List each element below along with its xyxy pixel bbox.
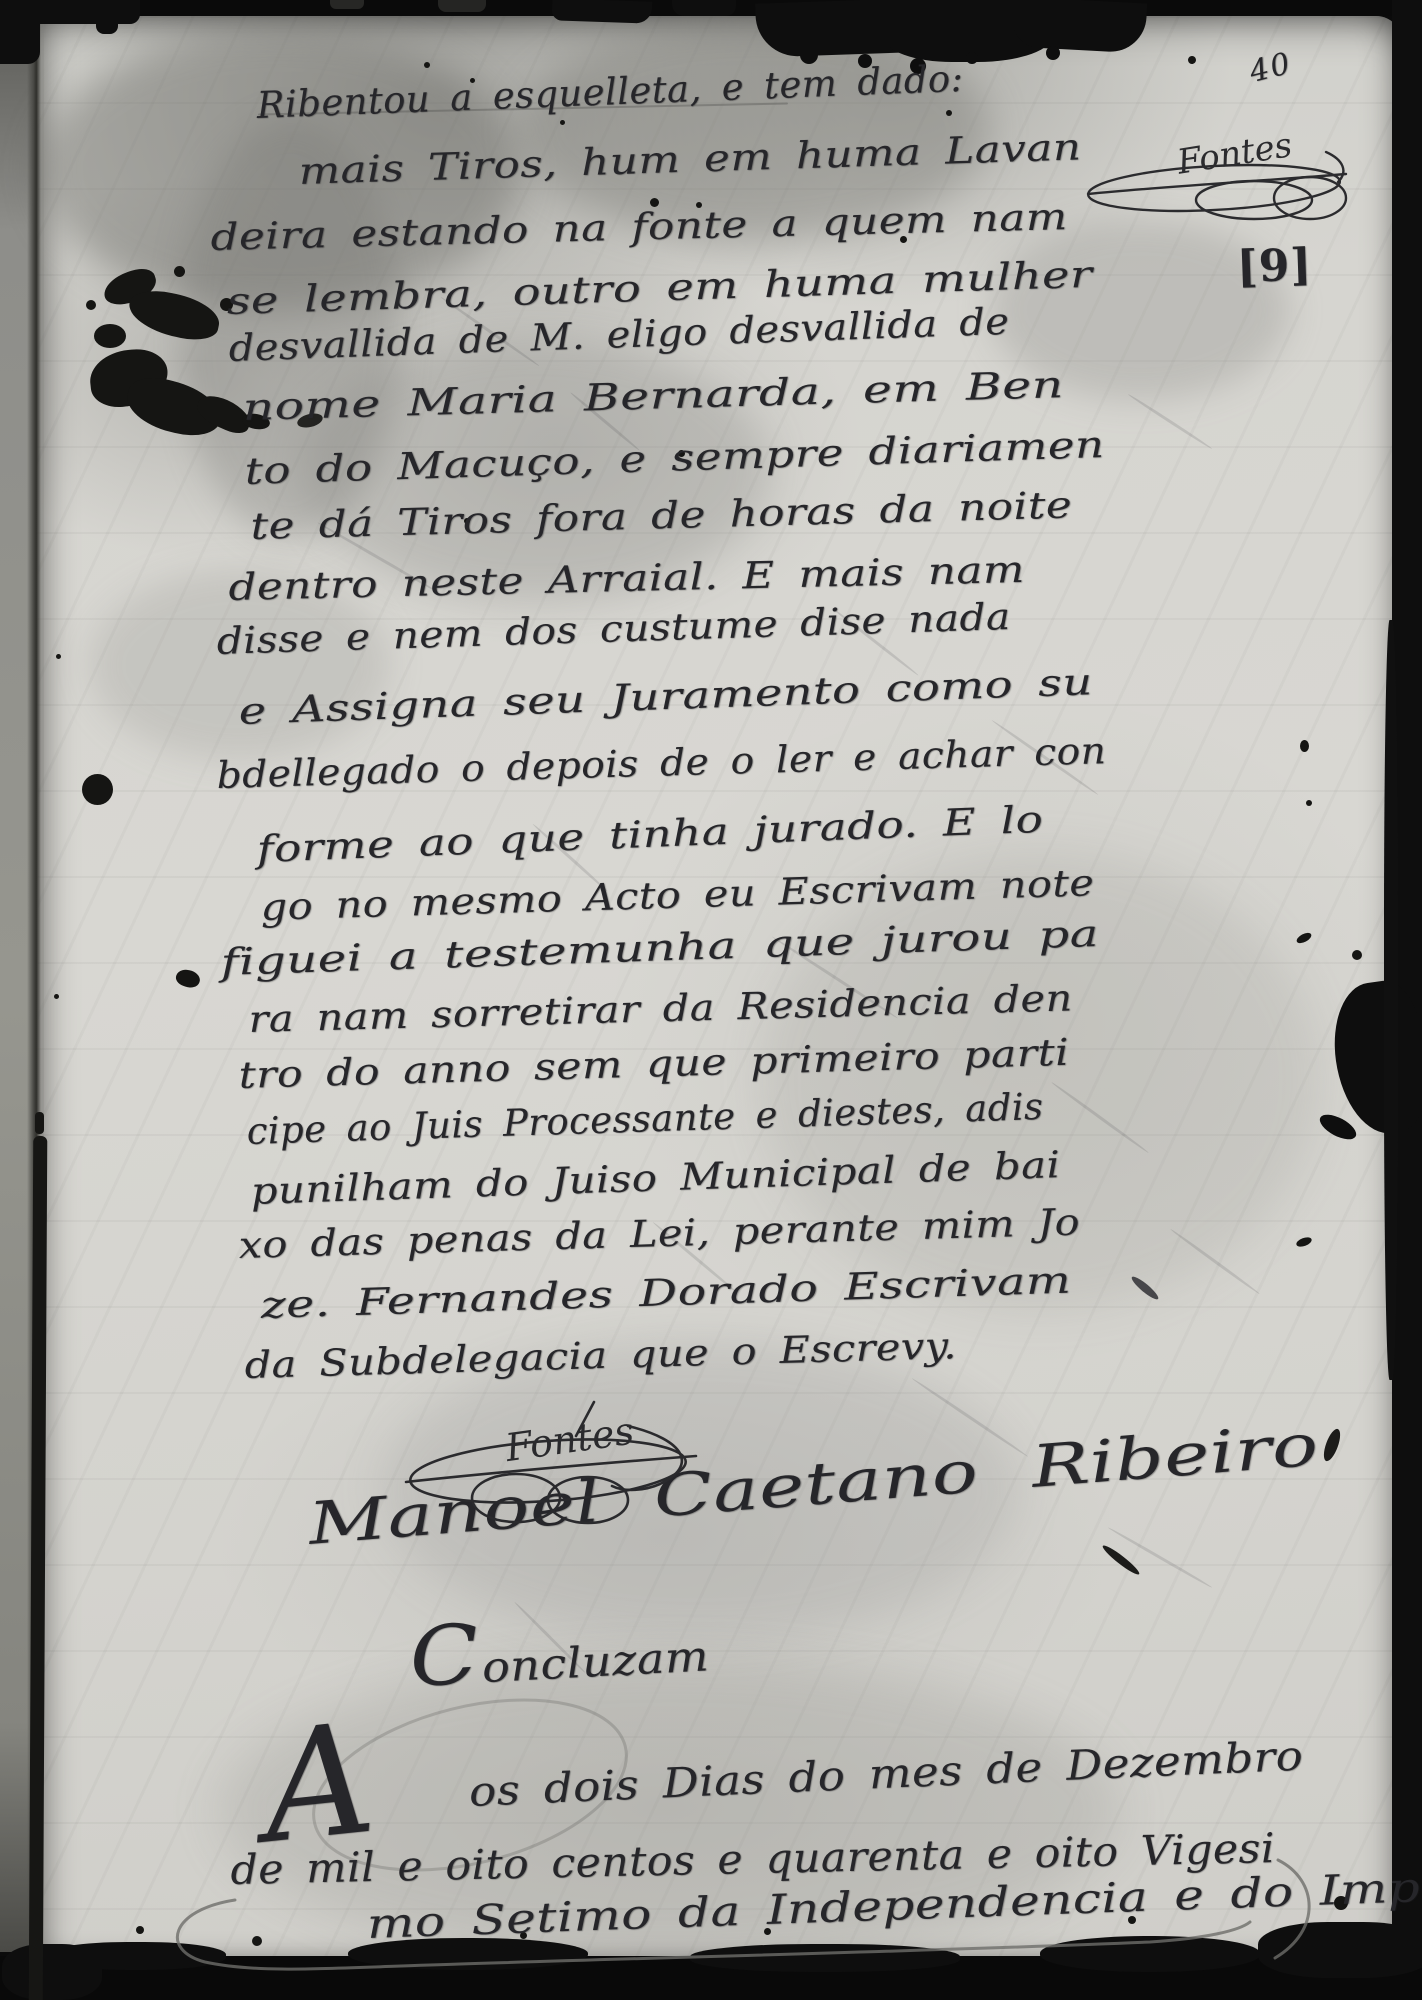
- ink-dot: [424, 62, 430, 68]
- ink-dot: [1300, 740, 1309, 752]
- tear-mark: [0, 0, 40, 64]
- tear-mark: [2, 1944, 102, 2000]
- ink-dot: [82, 774, 113, 805]
- ink-dot: [174, 266, 185, 277]
- tear-mark: [800, 46, 818, 64]
- tear-mark: [438, 0, 486, 12]
- ink-dot: [1306, 800, 1312, 806]
- rubric-text-closing: Fontes: [502, 1409, 637, 1471]
- archival-mark: [9]: [1236, 239, 1313, 293]
- tear-mark: [672, 0, 736, 16]
- tear-mark: [330, 0, 364, 9]
- ink-dot: [56, 654, 61, 659]
- rubric-text-top: Fontes: [1174, 125, 1295, 183]
- tear-mark: [966, 52, 978, 64]
- tear-mark: [552, 0, 653, 24]
- ink-dot: [946, 110, 952, 116]
- page-edge: [1384, 620, 1398, 1380]
- ink-dot: [35, 1112, 44, 1134]
- manuscript-photo: 40 [9] Fontes Ribentou a esquelleta, e t…: [0, 0, 1422, 2000]
- drop-cap: A: [256, 1710, 380, 1858]
- ink-dot: [560, 120, 565, 125]
- heading-initial: C: [407, 1607, 481, 1706]
- rubric-flourish-closing: Fontes: [398, 1396, 698, 1531]
- tear-mark: [1046, 46, 1060, 60]
- ink-dot: [1352, 950, 1362, 960]
- ink-dot: [86, 300, 96, 310]
- tear-mark: [1011, 0, 1147, 53]
- ink-dot: [136, 1926, 144, 1934]
- rubric-flourish-top: Fontes: [1078, 116, 1350, 224]
- ink-stain: [94, 324, 126, 348]
- ink-dot: [54, 994, 59, 999]
- tear-mark: [96, 0, 118, 34]
